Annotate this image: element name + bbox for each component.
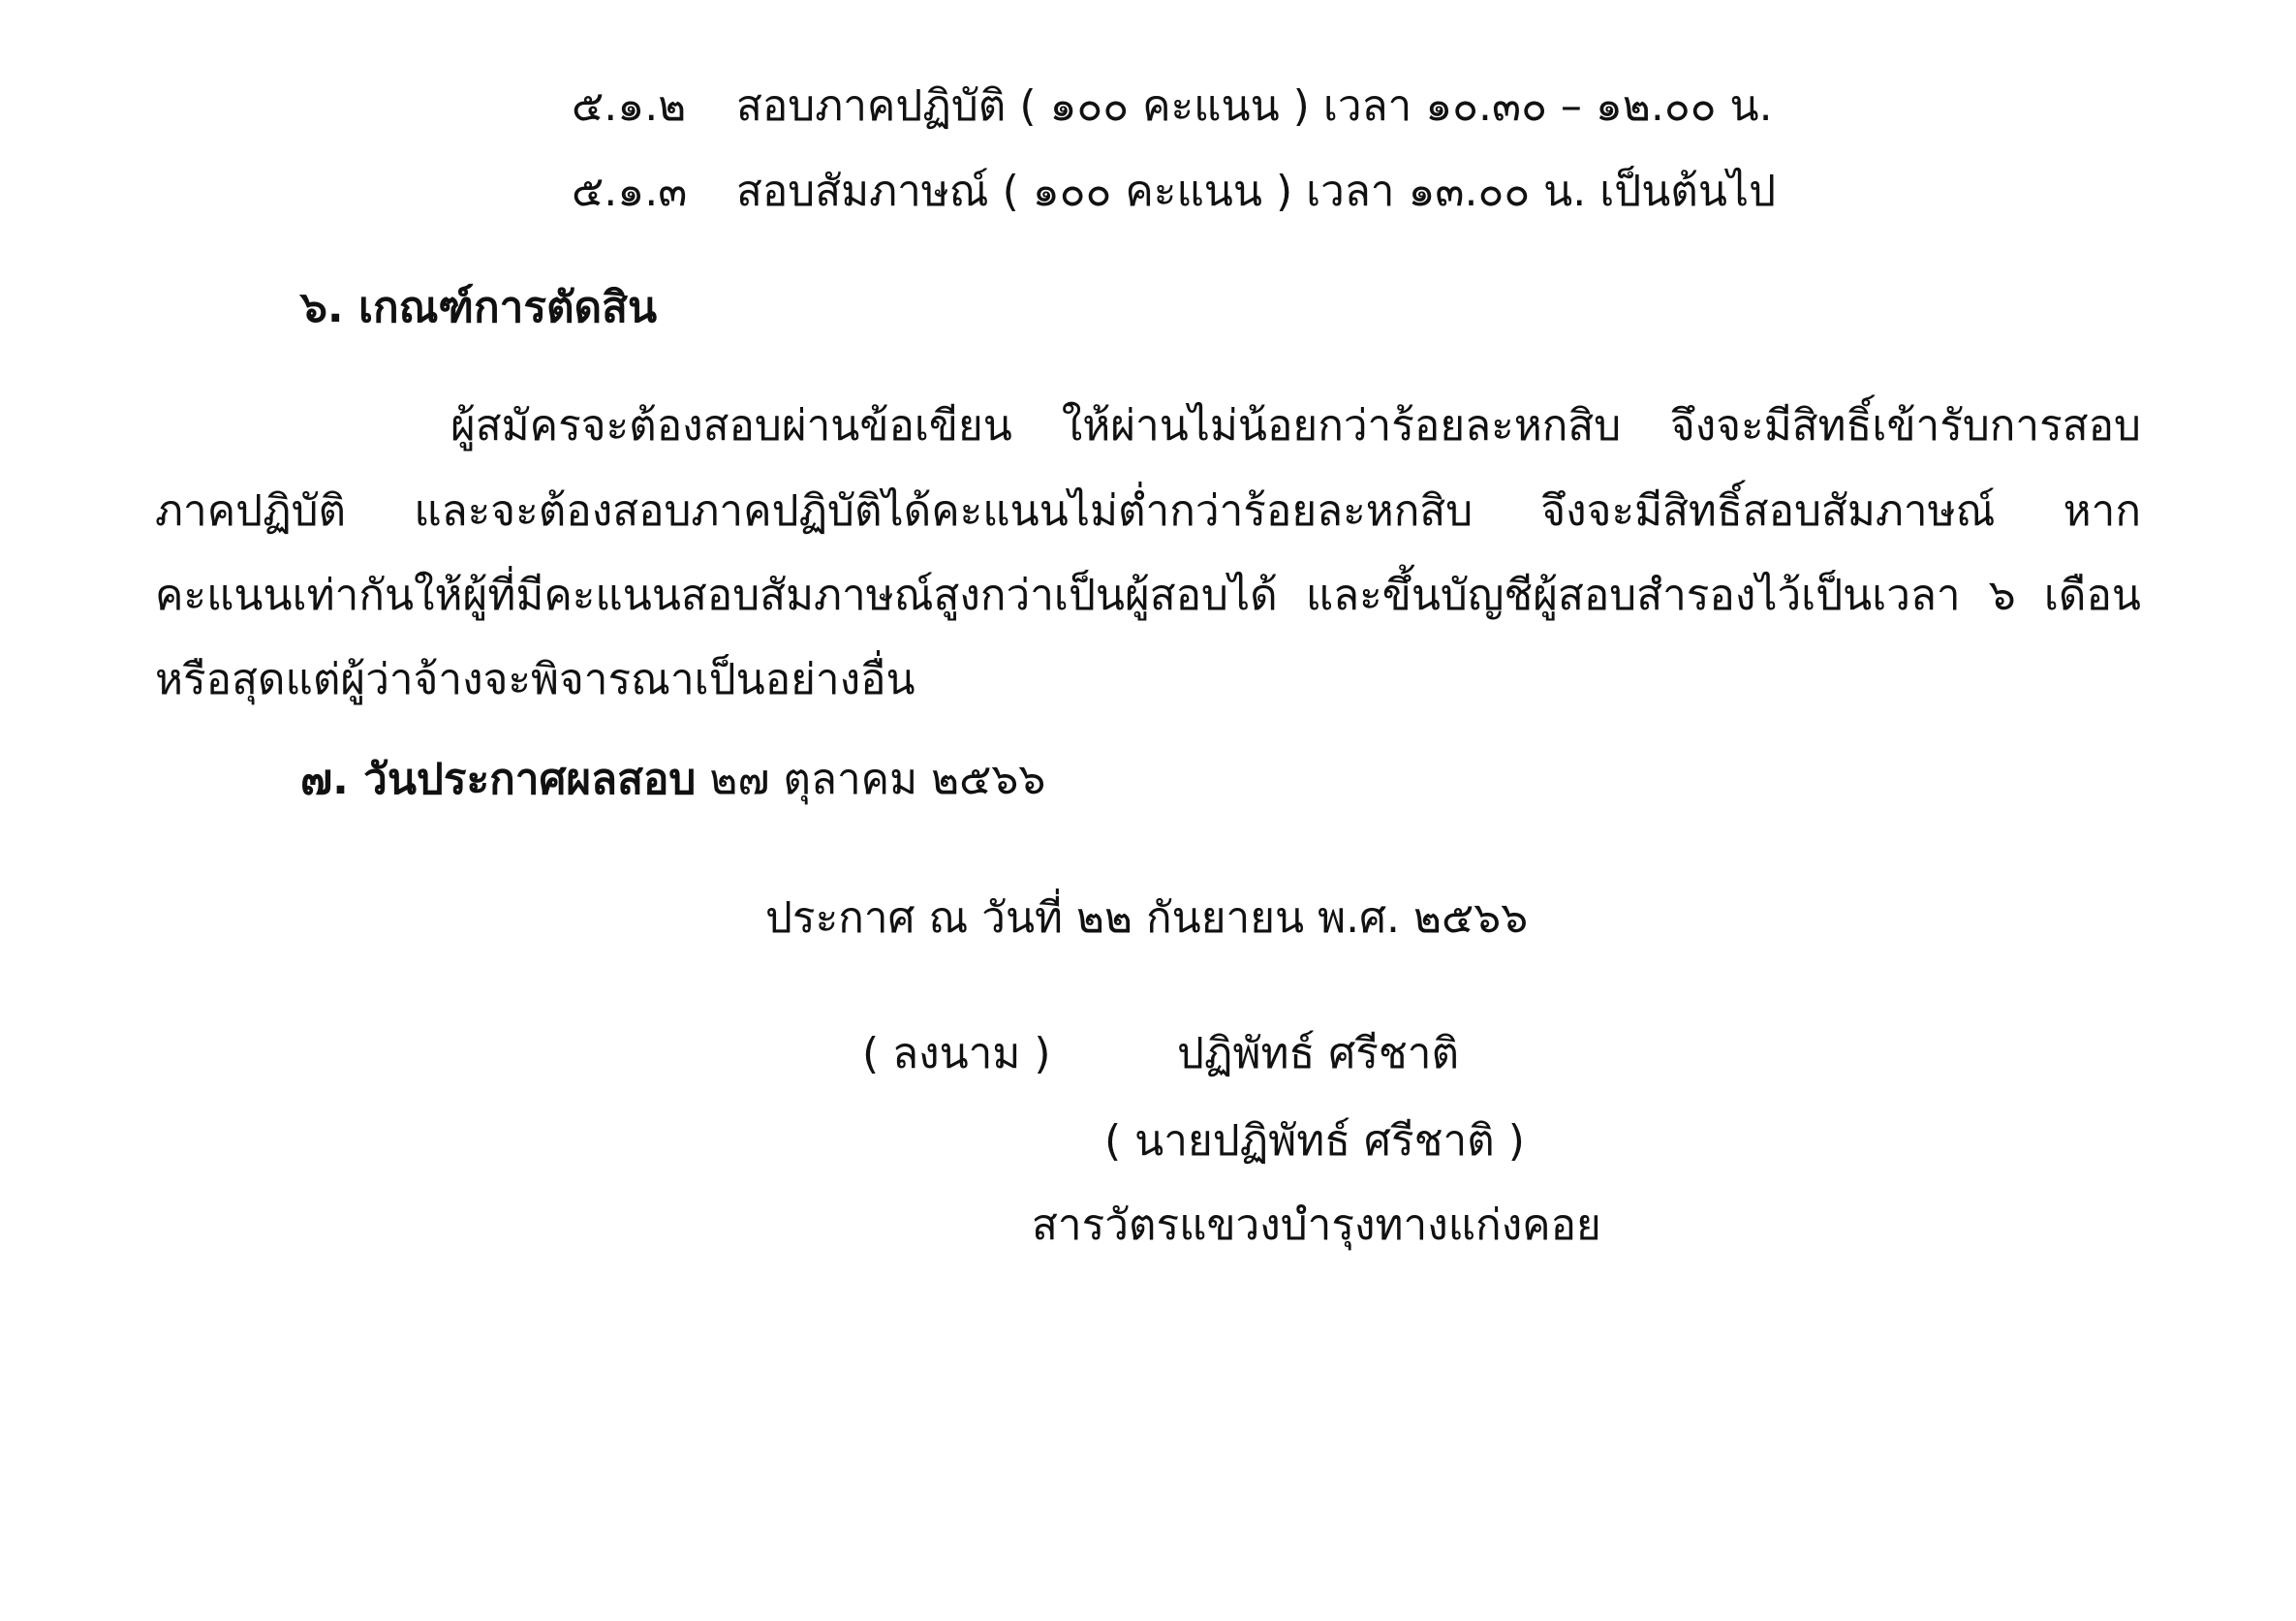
announce-date: ประกาศ ณ วันที่ ๒๒ กันยายน พ.ศ. ๒๕๖๖ — [765, 889, 1528, 948]
sub-item-text: สอบสัมภาษณ์ ( ๑๐๐ คะแนน ) เวลา ๑๓.๐๐ น. … — [736, 167, 1776, 216]
section-6-heading: ๖. เกณฑ์การตัดสิน — [300, 279, 657, 337]
position-title: สารวัตรแขวงบำรุงทางแก่งคอย — [1032, 1197, 1601, 1255]
section-7-label: ๗. วันประกาศผลสอบ — [300, 755, 696, 804]
sub-item-5-1-2: ๕.๑.๒สอบภาคปฏิบัติ ( ๑๐๐ คะแนน ) เวลา ๑๐… — [572, 78, 1773, 136]
section-7: ๗. วันประกาศผลสอบ ๒๗ ตุลาคม ๒๕๖๖ — [300, 751, 1045, 809]
sub-item-number: ๕.๑.๒ — [572, 78, 736, 136]
paragraph-line: หรือสุดแต่ผู้ว่าจ้างจะพิจารณาเป็นอย่างอื… — [155, 651, 915, 709]
signed-name: ปฏิพัทธ์ ศรีชาติ — [1177, 1025, 1459, 1083]
paragraph-line: คะแนนเท่ากันให้ผู้ที่มีคะแนนสอบสัมภาษณ์ส… — [155, 567, 2141, 625]
paragraph-line: ผู้สมัครจะต้องสอบผ่านข้อเขียน ให้ผ่านไม่… — [450, 397, 2141, 455]
sign-label: ( ลงนาม ) — [862, 1025, 1051, 1083]
sub-item-5-1-3: ๕.๑.๓สอบสัมภาษณ์ ( ๑๐๐ คะแนน ) เวลา ๑๓.๐… — [572, 163, 1776, 221]
full-name: ( นายปฏิพัทธ์ ศรีชาติ ) — [1104, 1112, 1525, 1170]
sub-item-number: ๕.๑.๓ — [572, 163, 736, 221]
result-date: ๒๗ ตุลาคม ๒๕๖๖ — [709, 755, 1045, 804]
paragraph-line: ภาคปฏิบัติ และจะต้องสอบภาคปฏิบัติได้คะแน… — [155, 483, 2141, 541]
sub-item-text: สอบภาคปฏิบัติ ( ๑๐๐ คะแนน ) เวลา ๑๐.๓๐ –… — [736, 81, 1773, 131]
